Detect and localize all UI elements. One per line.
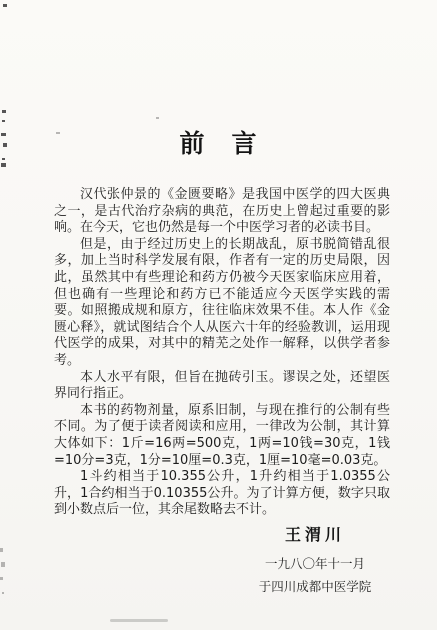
- scan-artifact: [2, 158, 5, 160]
- scan-artifact: [2, 120, 5, 122]
- signature-date: 一九八〇年十一月: [245, 554, 385, 572]
- author-name: 王渭川: [245, 522, 385, 545]
- scan-smudge: [110, 619, 168, 622]
- body-paragraph-1: 汉代张仲景的《金匮要略》是我国中医学的四大医典之一，是古代治疗杂病的典范，在历史…: [54, 187, 390, 237]
- body-paragraph-5: 1斗约相当于10.355公升，1升约相当于1.0355公升，1合约相当于0.10…: [54, 469, 390, 519]
- scan-artifact: [56, 132, 60, 134]
- signature-block: 王渭川 一九八〇年十一月 于四川成都中医学院: [245, 522, 385, 595]
- scan-artifact: [1, 133, 6, 136]
- signature-place: 于四川成都中医学院: [245, 577, 385, 595]
- scanned-book-page: 前 言 汉代张仲景的《金匮要略》是我国中医学的四大医典之一，是古代治疗杂病的典范…: [0, 0, 437, 630]
- scan-artifact: [2, 592, 4, 594]
- scan-artifact: [1, 163, 6, 167]
- page-title: 前 言: [0, 124, 437, 160]
- body-paragraph-2: 但是，由于经过历史上的长期战乱，原书脱简错乱很多，加上当时科学发展有限，作者有一…: [54, 237, 390, 370]
- scan-artifact: [0, 548, 3, 552]
- scan-artifact: [0, 577, 3, 580]
- body-paragraph-3: 本人水平有限，但旨在抛砖引玉。谬误之处，还望医界同行指正。: [54, 370, 390, 403]
- preface-body: 汉代张仲景的《金匮要略》是我国中医学的四大医典之一，是古代治疗杂病的典范，在历史…: [54, 187, 390, 519]
- scan-artifact: [1, 562, 5, 567]
- scan-artifact: [2, 110, 6, 113]
- scan-artifact: [156, 117, 159, 119]
- scan-artifact: [3, 4, 7, 7]
- scan-artifact: [3, 143, 7, 147]
- body-paragraph-4: 本书的药物剂量，原系旧制，与现在推行的公制有些不同。为了便于读者阅读和应用，一律…: [54, 403, 390, 469]
